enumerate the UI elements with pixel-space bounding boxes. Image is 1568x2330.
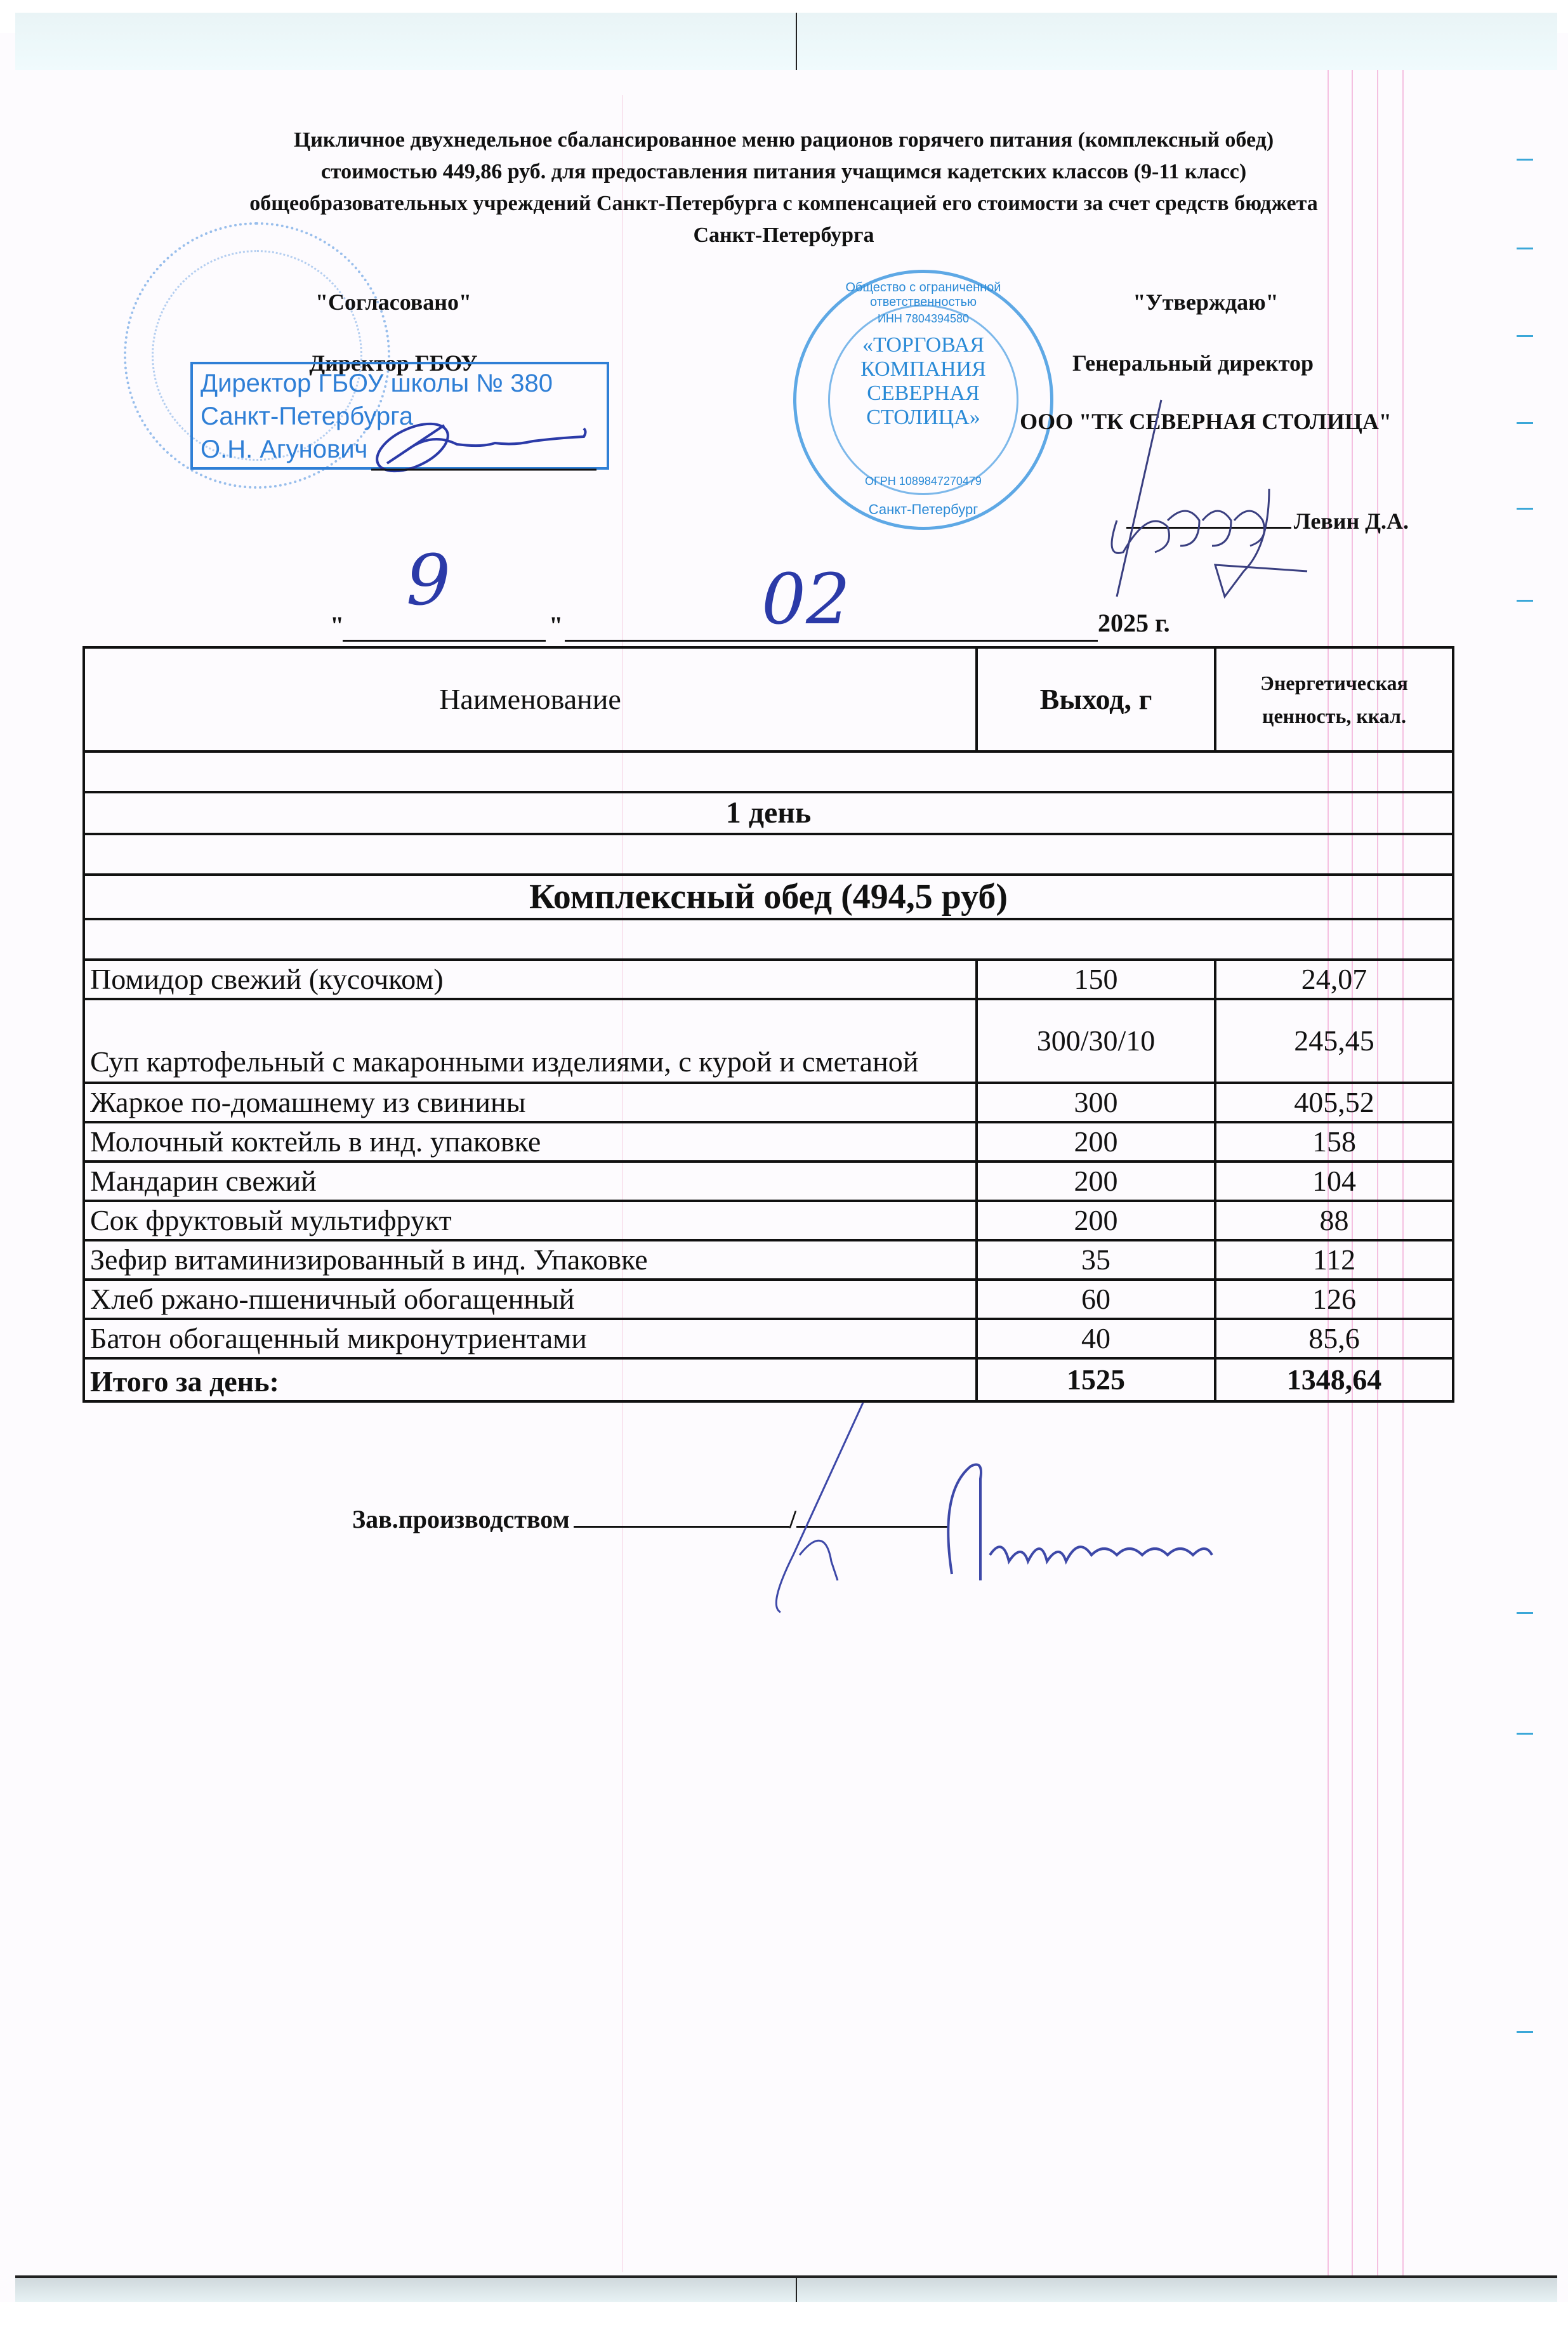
item-name: Мандарин свежий bbox=[84, 1162, 977, 1201]
header-yield: Выход, г bbox=[977, 647, 1215, 751]
menu-table: Наименование Выход, г Энергетическая цен… bbox=[82, 646, 1454, 1403]
item-energy: 158 bbox=[1215, 1122, 1453, 1162]
header-energy: Энергетическая ценность, ккал. bbox=[1215, 647, 1453, 751]
meal-label: Комплексный обед (494,5 руб) bbox=[84, 875, 1453, 919]
item-name: Сок фруктовый мультифрукт bbox=[84, 1201, 977, 1240]
item-yield: 35 bbox=[977, 1240, 1215, 1280]
stamp-ogrn: ОГРН 1089847270479 bbox=[796, 475, 1050, 488]
item-energy: 245,45 bbox=[1215, 999, 1453, 1083]
item-name: Помидор свежий (кусочком) bbox=[84, 960, 977, 999]
item-yield: 200 bbox=[977, 1122, 1215, 1162]
production-manager-signature-icon bbox=[698, 1396, 1320, 1625]
production-manager-label: Зав.производством bbox=[352, 1505, 570, 1533]
item-name: Батон обогащенный микронутриентами bbox=[84, 1319, 977, 1358]
scan-bottom-margin bbox=[0, 2302, 1568, 2330]
approve-position: Генеральный директор bbox=[939, 350, 1447, 376]
day-row: 1 день bbox=[84, 792, 1453, 834]
item-name: Хлеб ржано-пшеничный обогащенный bbox=[84, 1280, 977, 1319]
scan-fold-line-top bbox=[796, 13, 797, 70]
total-label: Итого за день: bbox=[84, 1358, 977, 1401]
item-yield: 150 bbox=[977, 960, 1215, 999]
item-yield: 300 bbox=[977, 1083, 1215, 1122]
agreed-label: "Согласовано" bbox=[241, 289, 546, 324]
title-line: стоимостью 449,86 руб. для предоставлени… bbox=[89, 156, 1479, 188]
item-energy: 24,07 bbox=[1215, 960, 1453, 999]
table-spacer-row bbox=[84, 834, 1453, 875]
table-row: Мандарин свежий200104 bbox=[84, 1162, 1453, 1201]
date-open-quote: " bbox=[330, 611, 344, 640]
date-year: 2025 г. bbox=[1098, 608, 1170, 638]
approve-label: "Утверждаю" bbox=[965, 289, 1447, 324]
item-energy: 104 bbox=[1215, 1162, 1453, 1201]
header-energy-line: ценность, ккал. bbox=[1222, 699, 1447, 732]
day-label: 1 день bbox=[84, 792, 1453, 834]
edge-mark bbox=[1517, 248, 1533, 249]
item-yield: 200 bbox=[977, 1201, 1215, 1240]
director-signature-icon bbox=[368, 406, 609, 476]
table-row: Батон обогащенный микронутриентами4085,6 bbox=[84, 1319, 1453, 1358]
table-row: Сок фруктовый мультифрукт20088 bbox=[84, 1201, 1453, 1240]
scan-top-band bbox=[15, 13, 1557, 70]
edge-mark bbox=[1517, 1733, 1533, 1735]
edge-mark bbox=[1517, 335, 1533, 337]
date-month-handwritten: 02 bbox=[761, 559, 850, 640]
table-row: Молочный коктейль в инд. упаковке200158 bbox=[84, 1122, 1453, 1162]
stamp-city: Санкт-Петербург bbox=[796, 501, 1050, 518]
item-energy: 88 bbox=[1215, 1201, 1453, 1240]
table-row: Суп картофельный с макаронными изделиями… bbox=[84, 999, 1453, 1083]
title-line: Цикличное двухнедельное сбалансированное… bbox=[89, 124, 1479, 156]
menu-items: Помидор свежий (кусочком)15024,07Суп кар… bbox=[84, 960, 1453, 1358]
stamp-line: Директор ГБОУ школы № 380 bbox=[201, 367, 599, 400]
header-name: Наименование bbox=[84, 647, 977, 751]
edge-mark bbox=[1517, 508, 1533, 510]
title-line: общеобразовательных учреждений Санкт-Пет… bbox=[89, 188, 1479, 220]
item-yield: 300/30/10 bbox=[977, 999, 1215, 1083]
day-underline bbox=[343, 640, 546, 642]
month-underline bbox=[565, 640, 1098, 642]
edge-mark bbox=[1517, 600, 1533, 602]
table-row: Помидор свежий (кусочком)15024,07 bbox=[84, 960, 1453, 999]
scan-bottom-band bbox=[15, 2275, 1557, 2305]
edge-mark bbox=[1517, 422, 1533, 424]
item-yield: 60 bbox=[977, 1280, 1215, 1319]
item-yield: 200 bbox=[977, 1162, 1215, 1201]
item-name: Зефир витаминизированный в инд. Упаковке bbox=[84, 1240, 977, 1280]
meal-row: Комплексный обед (494,5 руб) bbox=[84, 875, 1453, 919]
table-row: Жаркое по-домашнему из свинины300405,52 bbox=[84, 1083, 1453, 1122]
table-row: Зефир витаминизированный в инд. Упаковке… bbox=[84, 1240, 1453, 1280]
edge-mark bbox=[1517, 2031, 1533, 2033]
item-energy: 126 bbox=[1215, 1280, 1453, 1319]
item-energy: 112 bbox=[1215, 1240, 1453, 1280]
item-name: Суп картофельный с макаронными изделиями… bbox=[84, 999, 977, 1083]
table-spacer-row bbox=[84, 919, 1453, 960]
edge-mark bbox=[1517, 1612, 1533, 1614]
stamp-name-line: СЕВЕРНАЯ bbox=[796, 381, 1050, 406]
header-energy-line: Энергетическая bbox=[1222, 666, 1447, 699]
scan-fold-line-bottom bbox=[796, 2275, 797, 2302]
item-name: Молочный коктейль в инд. упаковке bbox=[84, 1122, 977, 1162]
item-energy: 85,6 bbox=[1215, 1319, 1453, 1358]
item-energy: 405,52 bbox=[1215, 1083, 1453, 1122]
table-row: Хлеб ржано-пшеничный обогащенный60126 bbox=[84, 1280, 1453, 1319]
total-energy: 1348,64 bbox=[1215, 1358, 1453, 1401]
item-name: Жаркое по-домашнему из свинины bbox=[84, 1083, 977, 1122]
table-spacer-row bbox=[84, 751, 1453, 792]
total-yield: 1525 bbox=[977, 1358, 1215, 1401]
item-yield: 40 bbox=[977, 1319, 1215, 1358]
total-row: Итого за день: 1525 1348,64 bbox=[84, 1358, 1453, 1401]
edge-mark bbox=[1517, 159, 1533, 161]
date-close-quote: " bbox=[549, 611, 563, 640]
date-day-handwritten: 9 bbox=[406, 539, 451, 621]
table-header-row: Наименование Выход, г Энергетическая цен… bbox=[84, 647, 1453, 751]
